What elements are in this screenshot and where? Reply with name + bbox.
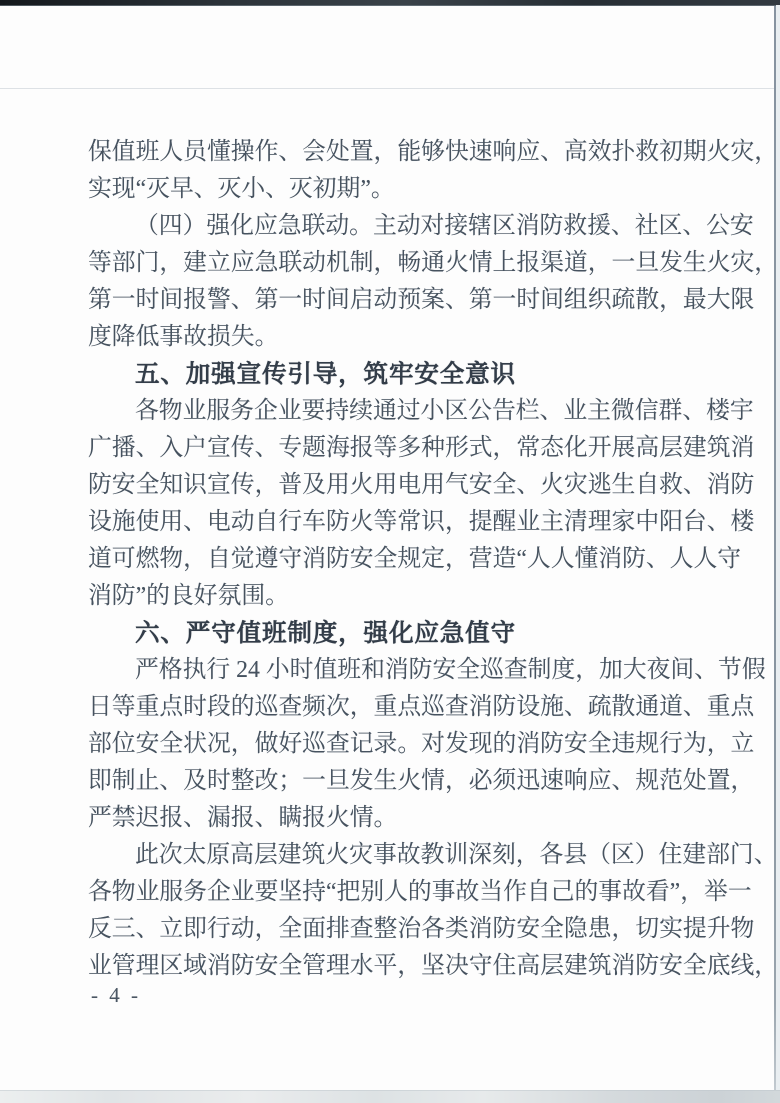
page-number: - 4 - — [91, 980, 141, 1010]
section-heading: 五、加强宣传引导，筑牢安全意识 — [88, 356, 716, 393]
text-line: 严格执行 24 小时值班和消防安全巡查制度，加大夜间、节假 — [88, 652, 716, 689]
text-line: 反三、立即行动，全面排查整治各类消防安全隐患，切实提升物 — [88, 911, 716, 948]
section-heading: 六、严守值班制度，强化应急值守 — [88, 615, 716, 652]
scan-page-edge-line — [774, 6, 776, 1090]
scan-top-edge-band — [0, 0, 780, 6]
text-line: 道可燃物，自觉遵守消防安全规定，营造“人人懂消防、人人守 — [88, 541, 716, 578]
scanned-document-page: 保值班人员懂操作、会处置，能够快速响应、高效扑救初期火灾， 实现“灭早、灭小、灭… — [0, 0, 780, 1103]
text-line: 严禁迟报、漏报、瞒报火情。 — [88, 800, 716, 837]
text-line: 第一时间报警、第一时间启动预案、第一时间组织疏散，最大限 — [88, 282, 716, 319]
text-line: 各物业服务企业要坚持“把别人的事故当作自己的事故看”，举一 — [88, 874, 716, 911]
text-line: 广播、入户宣传、专题海报等多种形式，常态化开展高层建筑消 — [88, 430, 716, 467]
text-line: 消防”的良好氛围。 — [88, 578, 716, 615]
text-line: 部位安全状况，做好巡查记录。对发现的消防安全违规行为，立 — [88, 726, 716, 763]
text-line: 日等重点时段的巡查频次，重点巡查消防设施、疏散通道、重点 — [88, 689, 716, 726]
scan-right-margin-shade — [776, 5, 780, 1093]
text-line: 度降低事故损失。 — [88, 319, 716, 356]
text-line: 实现“灭早、灭小、灭初期”。 — [88, 171, 716, 208]
scan-bottom-edge-band — [0, 1090, 780, 1103]
scan-faint-rule-line — [0, 88, 776, 89]
text-line: 设施使用、电动自行车防火等常识，提醒业主清理家中阳台、楼 — [88, 504, 716, 541]
text-line: 保值班人员懂操作、会处置，能够快速响应、高效扑救初期火灾， — [88, 134, 716, 171]
text-line: 各物业服务企业要持续通过小区公告栏、业主微信群、楼宇 — [88, 393, 716, 430]
document-body: 保值班人员懂操作、会处置，能够快速响应、高效扑救初期火灾， 实现“灭早、灭小、灭… — [88, 134, 716, 985]
text-line: 等部门，建立应急联动机制，畅通火情上报渠道，一旦发生火灾， — [88, 245, 716, 282]
text-line: 业管理区域消防安全管理水平，坚决守住高层建筑消防安全底线， — [88, 948, 716, 985]
text-line: 此次太原高层建筑火灾事故教训深刻，各县（区）住建部门、 — [88, 837, 716, 874]
text-line: 防安全知识宣传，普及用火用电用气安全、火灾逃生自救、消防 — [88, 467, 716, 504]
text-line: 即制止、及时整改；一旦发生火情，必须迅速响应、规范处置， — [88, 763, 716, 800]
text-line: （四）强化应急联动。主动对接辖区消防救援、社区、公安 — [88, 208, 716, 245]
